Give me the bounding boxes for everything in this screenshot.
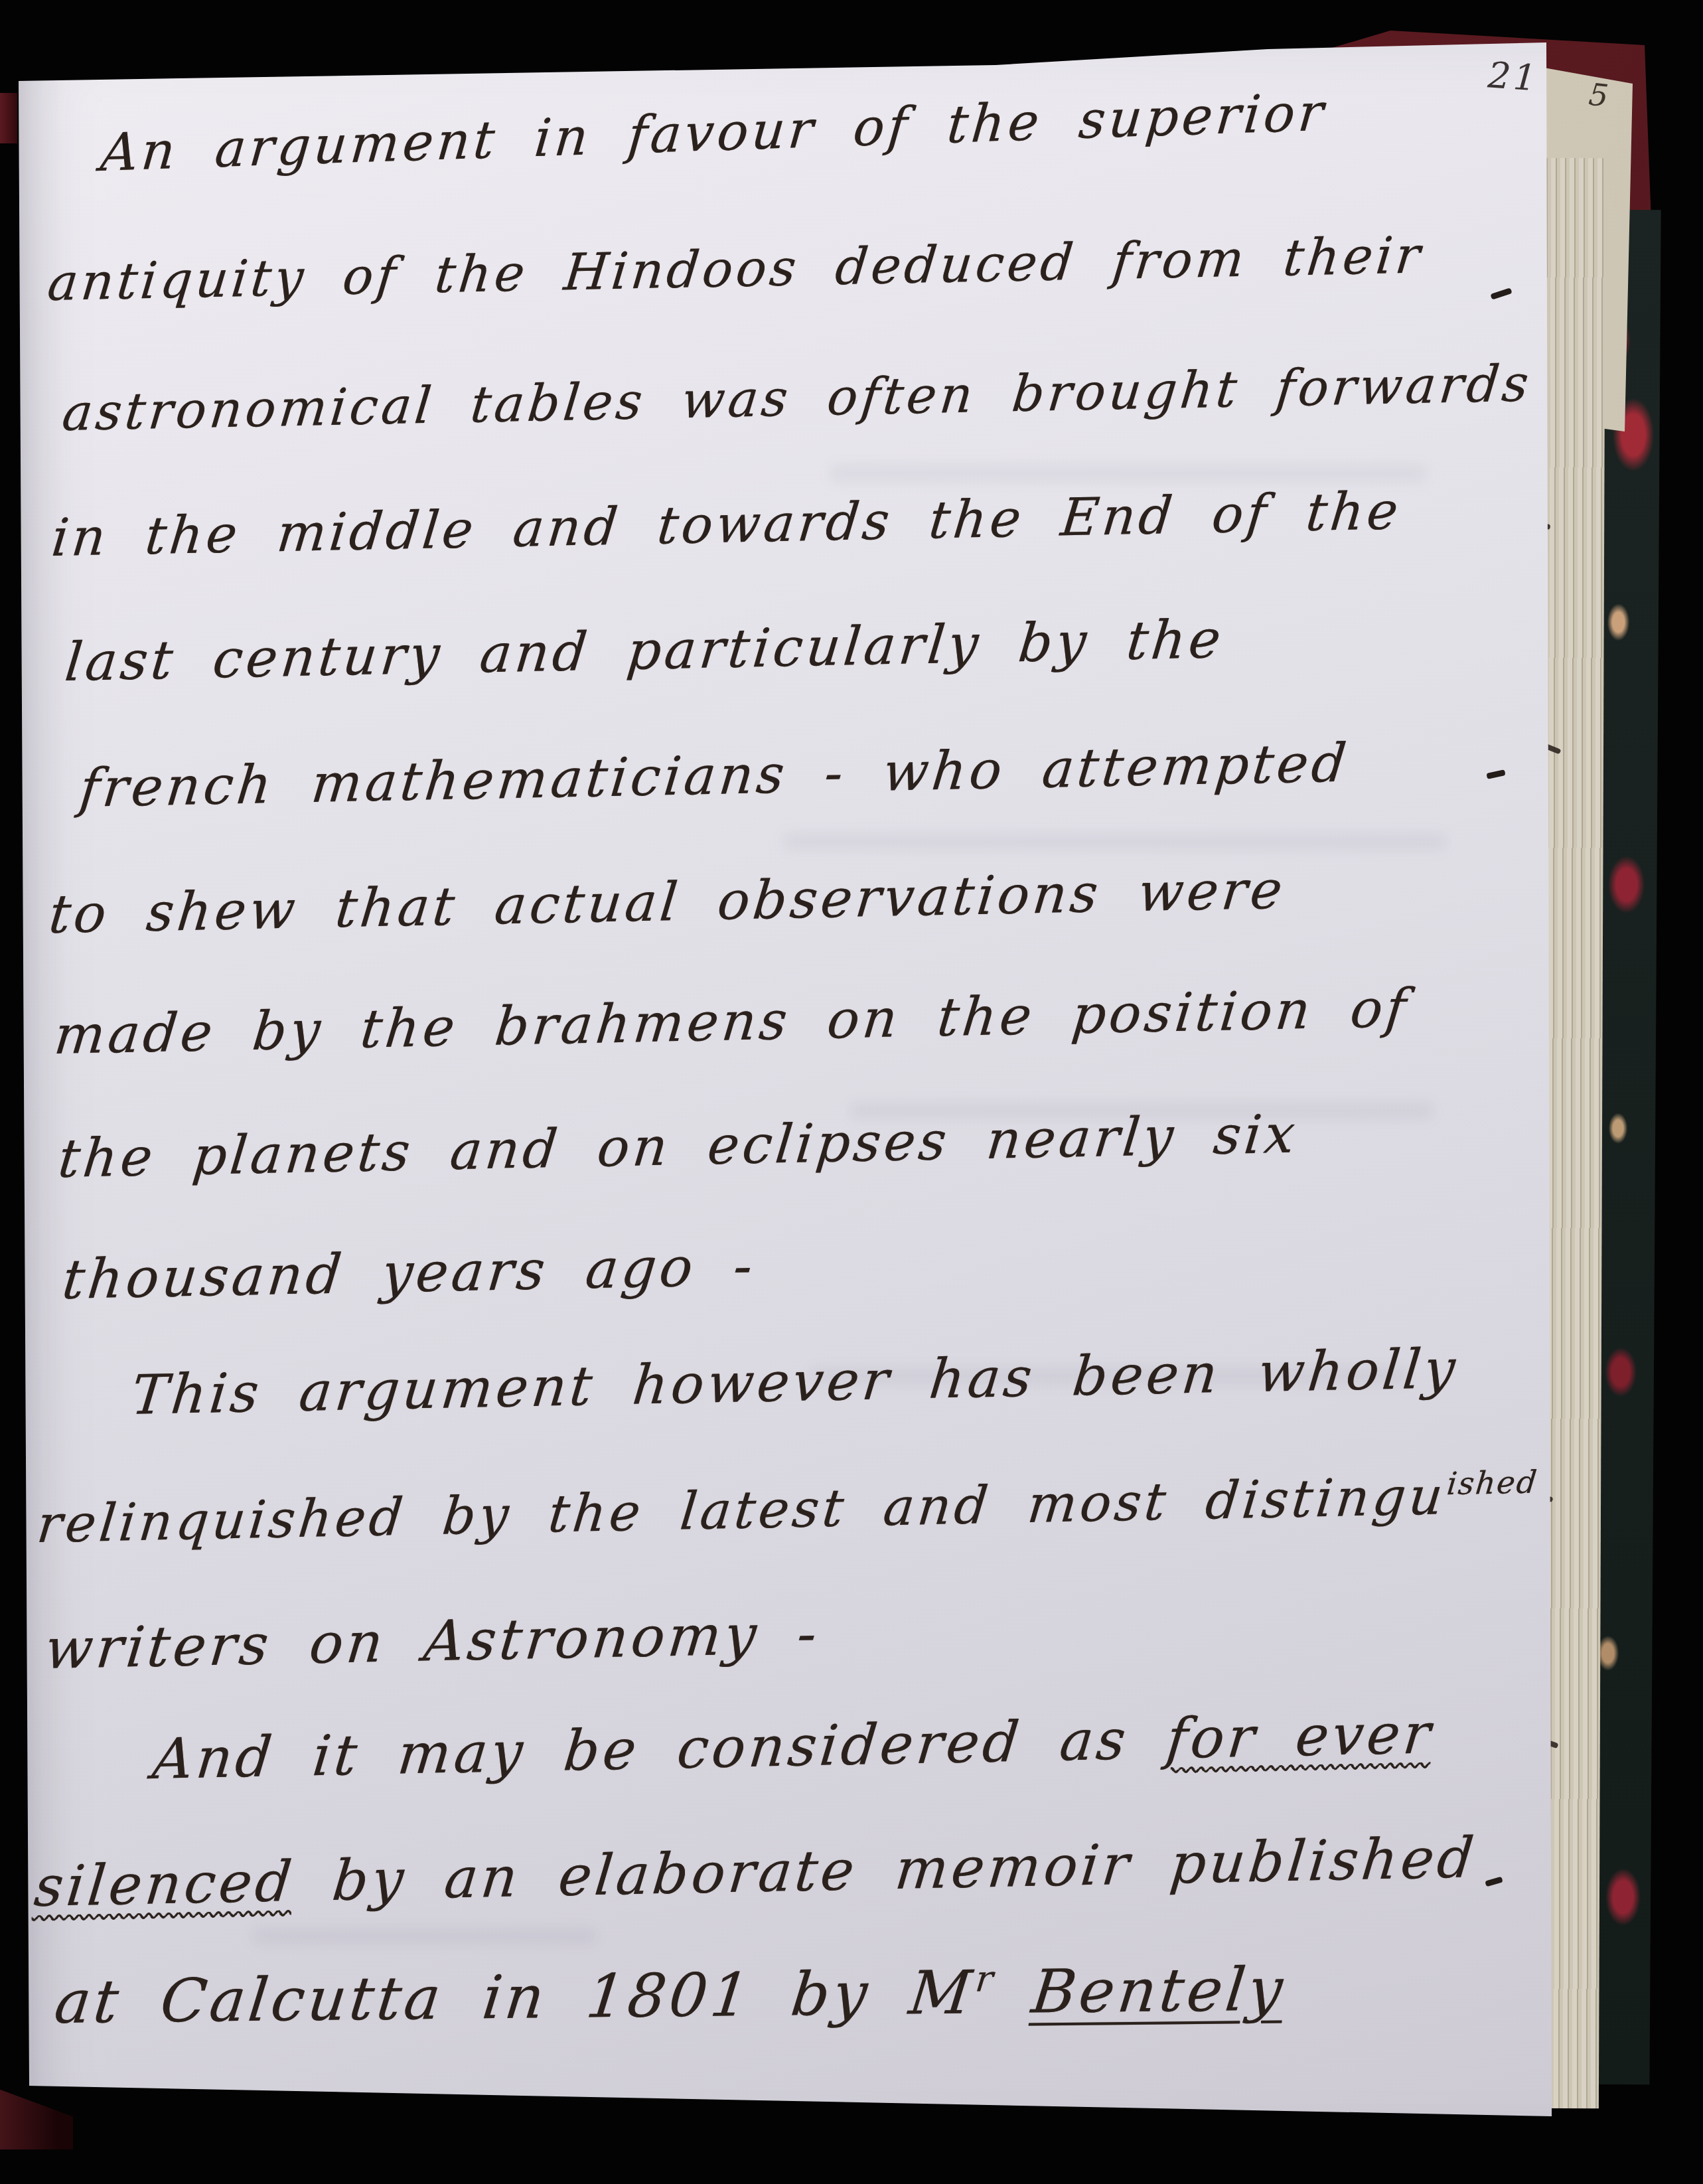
verso-show-through (783, 833, 1447, 850)
underlined-text: silenced (32, 1849, 298, 1919)
under-page-number: 5 (1587, 76, 1610, 114)
underlined-text: for ever (1163, 1701, 1437, 1771)
manuscript-photo: 21 5 An argument in favour of the superi… (0, 0, 1703, 2184)
verso-show-through (252, 1928, 597, 1944)
leather-cover-sliver-top (0, 93, 17, 143)
handwriting-line: at Calcutta in 1801 by Mr Bentely (52, 1960, 1289, 2033)
leather-cover-sliver-bottom (0, 2076, 73, 2149)
verso-show-through (830, 465, 1427, 482)
line-text: at Calcutta in 1801 by M (51, 1958, 978, 2037)
handwriting-line: writers on Astronomy - (42, 1605, 822, 1677)
page-number: 21 (1487, 54, 1540, 99)
handwriting-line: thousand years ago - (60, 1239, 758, 1308)
insertion-text: ished (1445, 1464, 1539, 1502)
underlined-text: Bentely (1028, 1954, 1289, 2027)
